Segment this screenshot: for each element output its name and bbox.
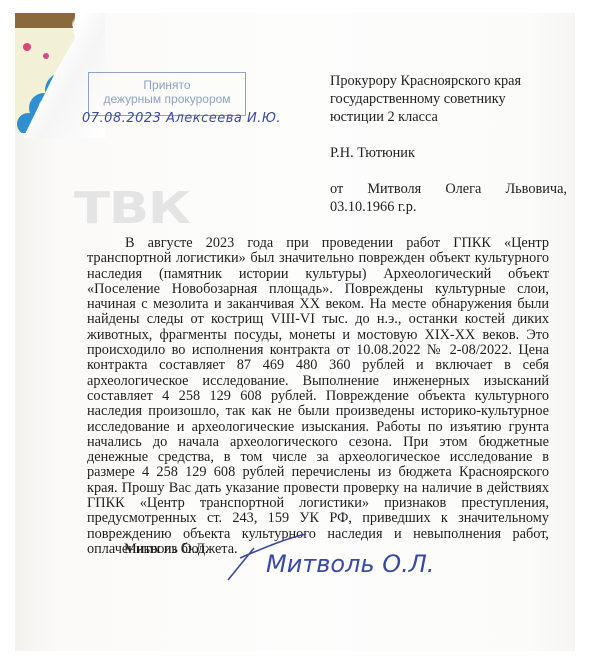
sender-word: Митволя [367, 180, 421, 198]
svg-text:Митволь О.Л.: Митволь О.Л. [266, 550, 434, 578]
stamp-handwritten-date-signature: 07.08.2023 Алексеева И.Ю. [82, 111, 281, 126]
signer-name: Митволь О.Л. [124, 541, 209, 558]
stamp-line-1: Принято [89, 78, 245, 92]
received-stamp: Принято дежурным прокурором [88, 72, 246, 116]
addressee-block: Прокурору Красноярского края государстве… [330, 72, 575, 216]
tvk-watermark-logo: ТВК [74, 183, 190, 234]
sender-word: от [330, 180, 343, 198]
complaint-body: В августе 2023 года при проведении работ… [87, 236, 549, 557]
sender-word: Олега [445, 180, 481, 198]
addressee-line-2: государственному советнику [330, 90, 575, 108]
sender-birthdate: 03.10.1966 г.р. [330, 198, 575, 216]
complaint-paragraph: В августе 2023 года при проведении работ… [87, 236, 549, 557]
sender-word: Львовича, [505, 180, 567, 198]
handwritten-signature: Митволь О.Л. [218, 528, 438, 588]
stamp-line-2: дежурным прокурором [89, 92, 245, 106]
addressee-line-3: юстиции 2 класса [330, 108, 575, 126]
sender-line: от Митволя Олега Львовича, [330, 180, 567, 198]
addressee-name: Р.Н. Тютюник [330, 144, 575, 162]
addressee-line-1: Прокурору Красноярского края [330, 72, 575, 90]
